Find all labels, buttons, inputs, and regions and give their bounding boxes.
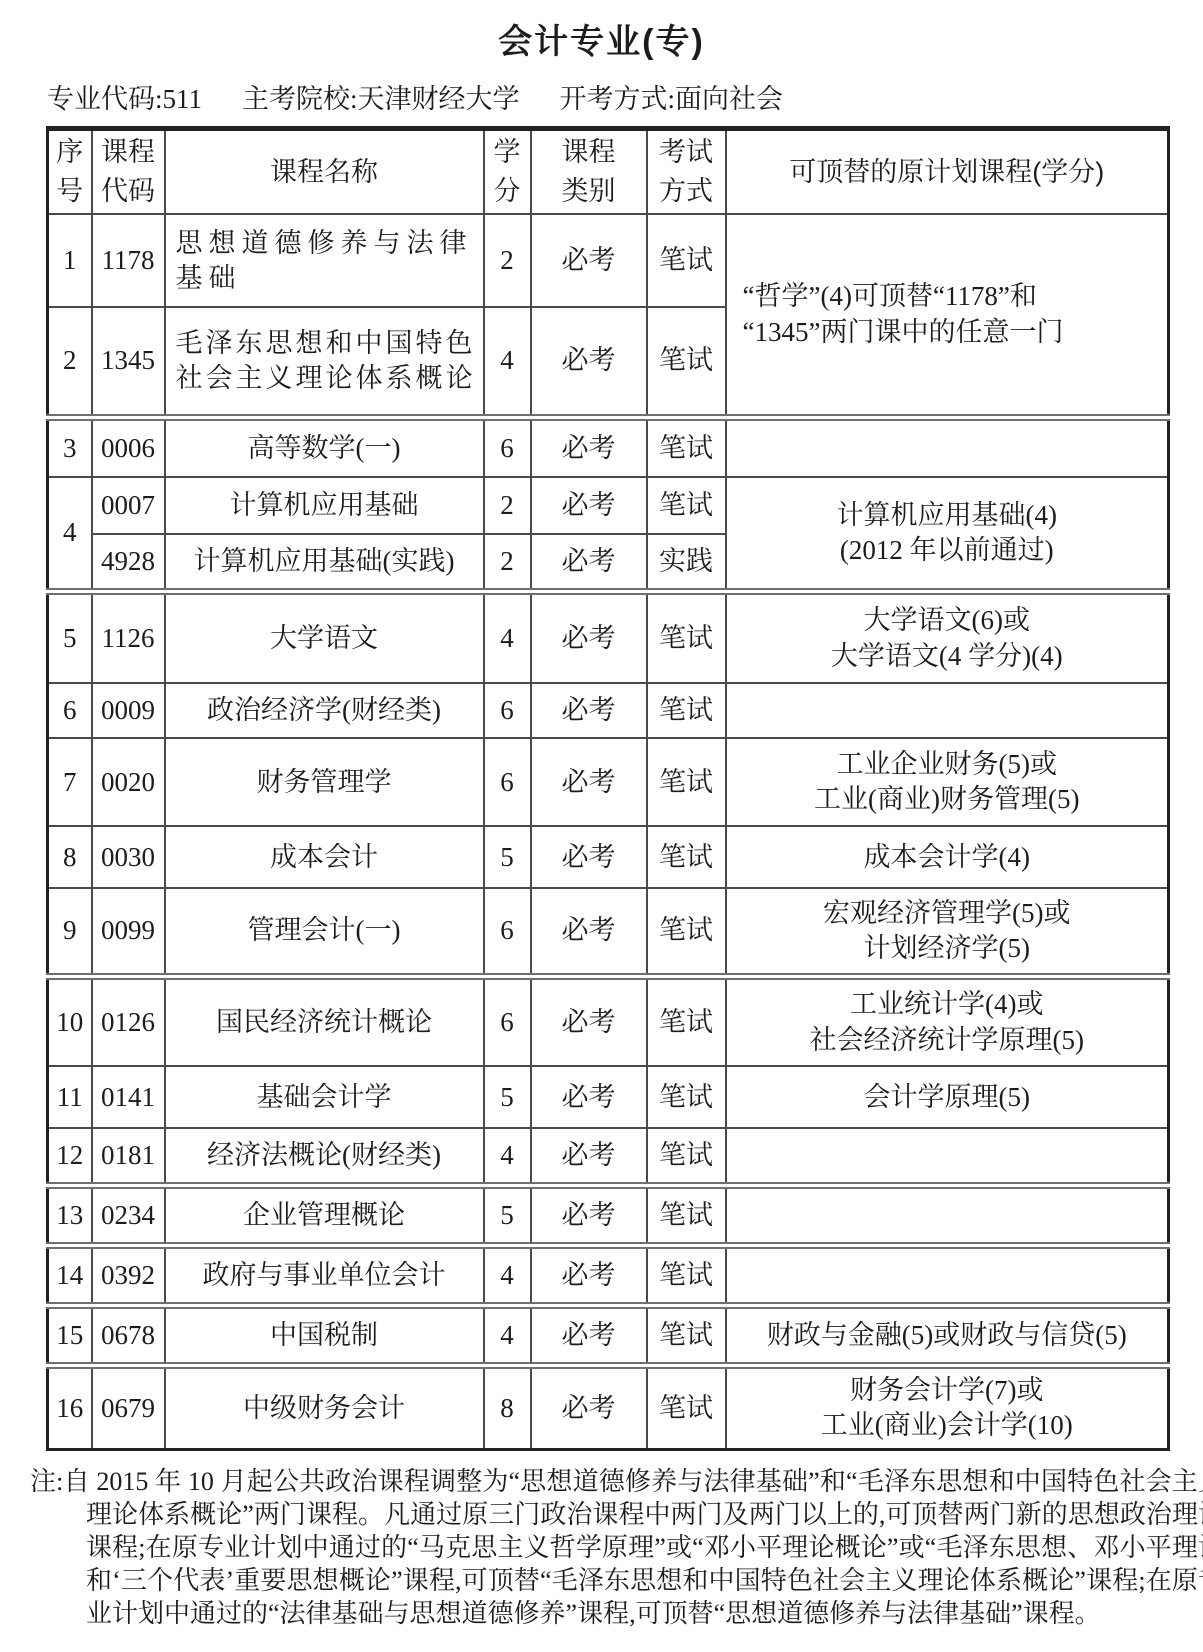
cell-course-code: 0679 [92,1365,165,1449]
table-row: 16 0679 中级财务会计 8 必考 笔试 财务会计学(7)或 工业(商业)会… [48,1365,1169,1449]
cell-exam-method: 笔试 [647,826,726,888]
cell-seq: 9 [48,888,92,976]
meta-exam-mode: 开考方式:面向社会 [560,84,784,114]
cell-exam-method: 笔试 [647,1305,726,1365]
cell-exam-method: 笔试 [647,1245,726,1305]
cell-course-name: 财务管理学 [165,738,484,826]
cell-course-type: 必考 [531,477,647,534]
cell-course-code: 0007 [92,477,165,534]
cell-exam-method: 笔试 [647,683,726,738]
cell-exam-method: 实践 [647,534,726,591]
document-page: 会计专业(专) 专业代码:511主考院校:天津财经大学开考方式:面向社会 序 号… [0,0,1203,1652]
cell-credits: 2 [484,534,531,591]
cell-course-type: 必考 [531,1128,647,1185]
cell-exam-method: 笔试 [647,477,726,534]
cell-credits: 2 [484,214,531,307]
cell-replacement: 财务会计学(7)或 工业(商业)会计学(10) [726,1365,1169,1449]
meta-host-school: 主考院校:天津财经大学 [242,84,520,114]
cell-credits: 5 [484,826,531,888]
cell-exam-method: 笔试 [647,214,726,307]
cell-credits: 4 [484,1305,531,1365]
table-header-row: 序 号 课程 代码 课程名称 学 分 课程 类别 考试 方式 可顶替的原计划课程… [48,129,1169,215]
cell-seq: 14 [48,1245,92,1305]
cell-course-name: 毛泽东思想和中国特色 社会主义理论体系概论 [165,307,484,417]
cell-replacement: 会计学原理(5) [726,1066,1169,1128]
cell-course-name: 高等数学(一) [165,417,484,477]
cell-exam-method: 笔试 [647,307,726,417]
cell-course-code: 0141 [92,1066,165,1128]
cell-course-code: 0126 [92,976,165,1066]
cell-credits: 6 [484,738,531,826]
table-row: 12 0181 经济法概论(财经类) 4 必考 笔试 [48,1128,1169,1185]
cell-credits: 4 [484,1245,531,1305]
cell-replacement: 成本会计学(4) [726,826,1169,888]
cell-seq: 6 [48,683,92,738]
cell-seq: 7 [48,738,92,826]
cell-exam-method: 笔试 [647,888,726,976]
cell-replacement [726,683,1169,738]
cell-course-name: 中国税制 [165,1305,484,1365]
cell-course-type: 必考 [531,683,647,738]
col-header-course-name: 课程名称 [165,129,484,215]
cell-exam-method: 笔试 [647,591,726,683]
cell-course-name: 国民经济统计概论 [165,976,484,1066]
cell-course-name: 成本会计 [165,826,484,888]
cell-course-code: 0006 [92,417,165,477]
cell-course-type: 必考 [531,1185,647,1245]
cell-course-code: 0099 [92,888,165,976]
cell-course-type: 必考 [531,976,647,1066]
cell-replacement [726,1185,1169,1245]
table-row: 15 0678 中国税制 4 必考 笔试 财政与金融(5)或财政与信贷(5) [48,1305,1169,1365]
cell-course-type: 必考 [531,1245,647,1305]
cell-replacement: “哲学”(4)可顶替“1178”和 “1345”两门课中的任意一门 [726,214,1169,417]
table-row: 1 1178 思想道德修养与法律 基础 2 必考 笔试 “哲学”(4)可顶替“1… [48,214,1169,307]
cell-course-type: 必考 [531,1066,647,1128]
cell-course-name: 政治经济学(财经类) [165,683,484,738]
cell-seq: 2 [48,307,92,417]
cell-credits: 5 [484,1185,531,1245]
cell-exam-method: 笔试 [647,1066,726,1128]
cell-seq: 1 [48,214,92,307]
page-title: 会计专业(专) [0,0,1203,63]
cell-replacement [726,417,1169,477]
col-header-seq: 序 号 [48,129,92,215]
cell-course-code: 0181 [92,1128,165,1185]
table-row: 3 0006 高等数学(一) 6 必考 笔试 [48,417,1169,477]
cell-replacement: 宏观经济管理学(5)或 计划经济学(5) [726,888,1169,976]
cell-course-code: 1126 [92,591,165,683]
cell-seq: 16 [48,1365,92,1449]
cell-course-type: 必考 [531,417,647,477]
footnote: 注:自 2015 年 10 月起公共政治课程调整为“思想道德修养与法律基础”和“… [30,1465,1203,1630]
cell-credits: 6 [484,976,531,1066]
cell-replacement: 大学语文(6)或 大学语文(4 学分)(4) [726,591,1169,683]
table-row: 7 0020 财务管理学 6 必考 笔试 工业企业财务(5)或 工业(商业)财务… [48,738,1169,826]
cell-course-code: 0392 [92,1245,165,1305]
cell-course-code: 0678 [92,1305,165,1365]
cell-course-type: 必考 [531,307,647,417]
cell-course-type: 必考 [531,1305,647,1365]
cell-course-type: 必考 [531,591,647,683]
cell-seq: 10 [48,976,92,1066]
course-table: 序 号 课程 代码 课程名称 学 分 课程 类别 考试 方式 可顶替的原计划课程… [46,126,1170,1451]
cell-replacement: 工业企业财务(5)或 工业(商业)财务管理(5) [726,738,1169,826]
col-header-course-type: 课程 类别 [531,129,647,215]
cell-credits: 4 [484,1128,531,1185]
cell-course-type: 必考 [531,826,647,888]
cell-seq: 3 [48,417,92,477]
cell-exam-method: 笔试 [647,417,726,477]
meta-major-code: 专业代码:511 [47,84,202,114]
cell-course-name: 中级财务会计 [165,1365,484,1449]
cell-course-name: 大学语文 [165,591,484,683]
cell-credits: 4 [484,591,531,683]
cell-replacement: 工业统计学(4)或 社会经济统计学原理(5) [726,976,1169,1066]
cell-course-type: 必考 [531,888,647,976]
meta-line: 专业代码:511主考院校:天津财经大学开考方式:面向社会 [47,77,1203,116]
cell-seq: 4 [48,477,92,591]
col-header-replacement: 可顶替的原计划课程(学分) [726,129,1169,215]
table-row: 8 0030 成本会计 5 必考 笔试 成本会计学(4) [48,826,1169,888]
cell-course-name: 基础会计学 [165,1066,484,1128]
cell-course-type: 必考 [531,1365,647,1449]
cell-course-name: 计算机应用基础 [165,477,484,534]
cell-seq: 11 [48,1066,92,1128]
cell-course-name: 计算机应用基础(实践) [165,534,484,591]
col-header-exam-method: 考试 方式 [647,129,726,215]
cell-seq: 15 [48,1305,92,1365]
cell-replacement: 计算机应用基础(4) (2012 年以前通过) [726,477,1169,591]
cell-credits: 6 [484,888,531,976]
table-row: 11 0141 基础会计学 5 必考 笔试 会计学原理(5) [48,1066,1169,1128]
cell-replacement: 财政与金融(5)或财政与信贷(5) [726,1305,1169,1365]
cell-course-name: 经济法概论(财经类) [165,1128,484,1185]
cell-course-name: 政府与事业单位会计 [165,1245,484,1305]
cell-credits: 6 [484,683,531,738]
cell-course-code: 4928 [92,534,165,591]
table-row: 5 1126 大学语文 4 必考 笔试 大学语文(6)或 大学语文(4 学分)(… [48,591,1169,683]
cell-course-name: 管理会计(一) [165,888,484,976]
cell-credits: 8 [484,1365,531,1449]
cell-course-code: 1178 [92,214,165,307]
cell-seq: 13 [48,1185,92,1245]
cell-course-name: 企业管理概论 [165,1185,484,1245]
cell-credits: 6 [484,417,531,477]
cell-exam-method: 笔试 [647,976,726,1066]
cell-credits: 5 [484,1066,531,1128]
table-row: 9 0099 管理会计(一) 6 必考 笔试 宏观经济管理学(5)或 计划经济学… [48,888,1169,976]
cell-course-type: 必考 [531,534,647,591]
cell-replacement [726,1128,1169,1185]
col-header-course-code: 课程 代码 [92,129,165,215]
table-row: 10 0126 国民经济统计概论 6 必考 笔试 工业统计学(4)或 社会经济统… [48,976,1169,1066]
cell-course-name: 思想道德修养与法律 基础 [165,214,484,307]
cell-credits: 4 [484,307,531,417]
table-row: 13 0234 企业管理概论 5 必考 笔试 [48,1185,1169,1245]
cell-course-type: 必考 [531,738,647,826]
cell-seq: 12 [48,1128,92,1185]
cell-course-code: 0020 [92,738,165,826]
cell-exam-method: 笔试 [647,1185,726,1245]
cell-seq: 8 [48,826,92,888]
cell-course-code: 0234 [92,1185,165,1245]
col-header-credits: 学 分 [484,129,531,215]
table-row: 6 0009 政治经济学(财经类) 6 必考 笔试 [48,683,1169,738]
table-row: 14 0392 政府与事业单位会计 4 必考 笔试 [48,1245,1169,1305]
table-row: 4 0007 计算机应用基础 2 必考 笔试 计算机应用基础(4) (2012 … [48,477,1169,534]
cell-course-code: 1345 [92,307,165,417]
cell-course-type: 必考 [531,214,647,307]
cell-course-code: 0009 [92,683,165,738]
cell-credits: 2 [484,477,531,534]
cell-exam-method: 笔试 [647,1365,726,1449]
cell-exam-method: 笔试 [647,738,726,826]
cell-exam-method: 笔试 [647,1128,726,1185]
cell-replacement [726,1245,1169,1305]
cell-course-code: 0030 [92,826,165,888]
cell-seq: 5 [48,591,92,683]
